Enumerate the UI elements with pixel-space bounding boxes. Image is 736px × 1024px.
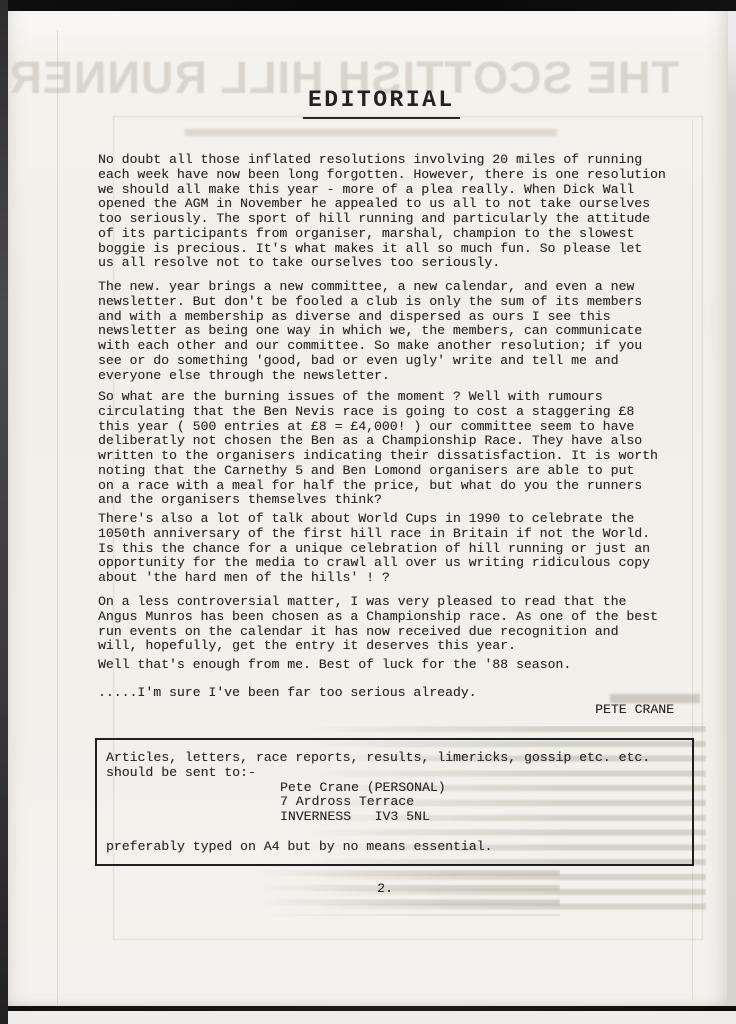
scanner-edge-top — [0, 0, 736, 11]
editorial-paragraph-7: .....I'm sure I've been far too serious … — [98, 686, 477, 701]
author-signature: PETE CRANE — [98, 703, 674, 718]
submission-note: preferably typed on A4 but by no means e… — [106, 840, 692, 855]
editorial-paragraph-1: No doubt all those inflated resolutions … — [98, 153, 666, 271]
paper-edge-shadow-bottom — [8, 1006, 736, 1011]
scanned-document-page: THE SCOTTISH HILL RUNNER EDITORIAL No do… — [0, 0, 736, 1024]
page-title: EDITORIAL — [303, 87, 460, 119]
editorial-paragraph-4: There's also a lot of talk about World C… — [98, 512, 650, 586]
scanner-background-bottom — [8, 1011, 736, 1024]
editorial-paragraph-5: On a less controversial matter, I was ve… — [98, 595, 658, 654]
paper-edge-shadow-right — [727, 40, 736, 1007]
page-number: 2. — [95, 882, 675, 897]
editorial-paragraph-3: So what are the burning issues of the mo… — [98, 390, 658, 508]
paper-crease-left — [57, 30, 58, 1005]
submission-box-intro: Articles, letters, race reports, results… — [106, 751, 692, 781]
scanner-edge-left — [0, 0, 8, 1024]
submission-info-box: Articles, letters, race reports, results… — [95, 738, 694, 866]
editorial-paragraph-6: Well that's enough from me. Best of luck… — [98, 658, 571, 673]
editorial-paragraph-2: The new. year brings a new committee, a … — [98, 280, 642, 383]
submission-address: Pete Crane (PERSONAL) 7 Ardross Terrace … — [280, 781, 692, 825]
